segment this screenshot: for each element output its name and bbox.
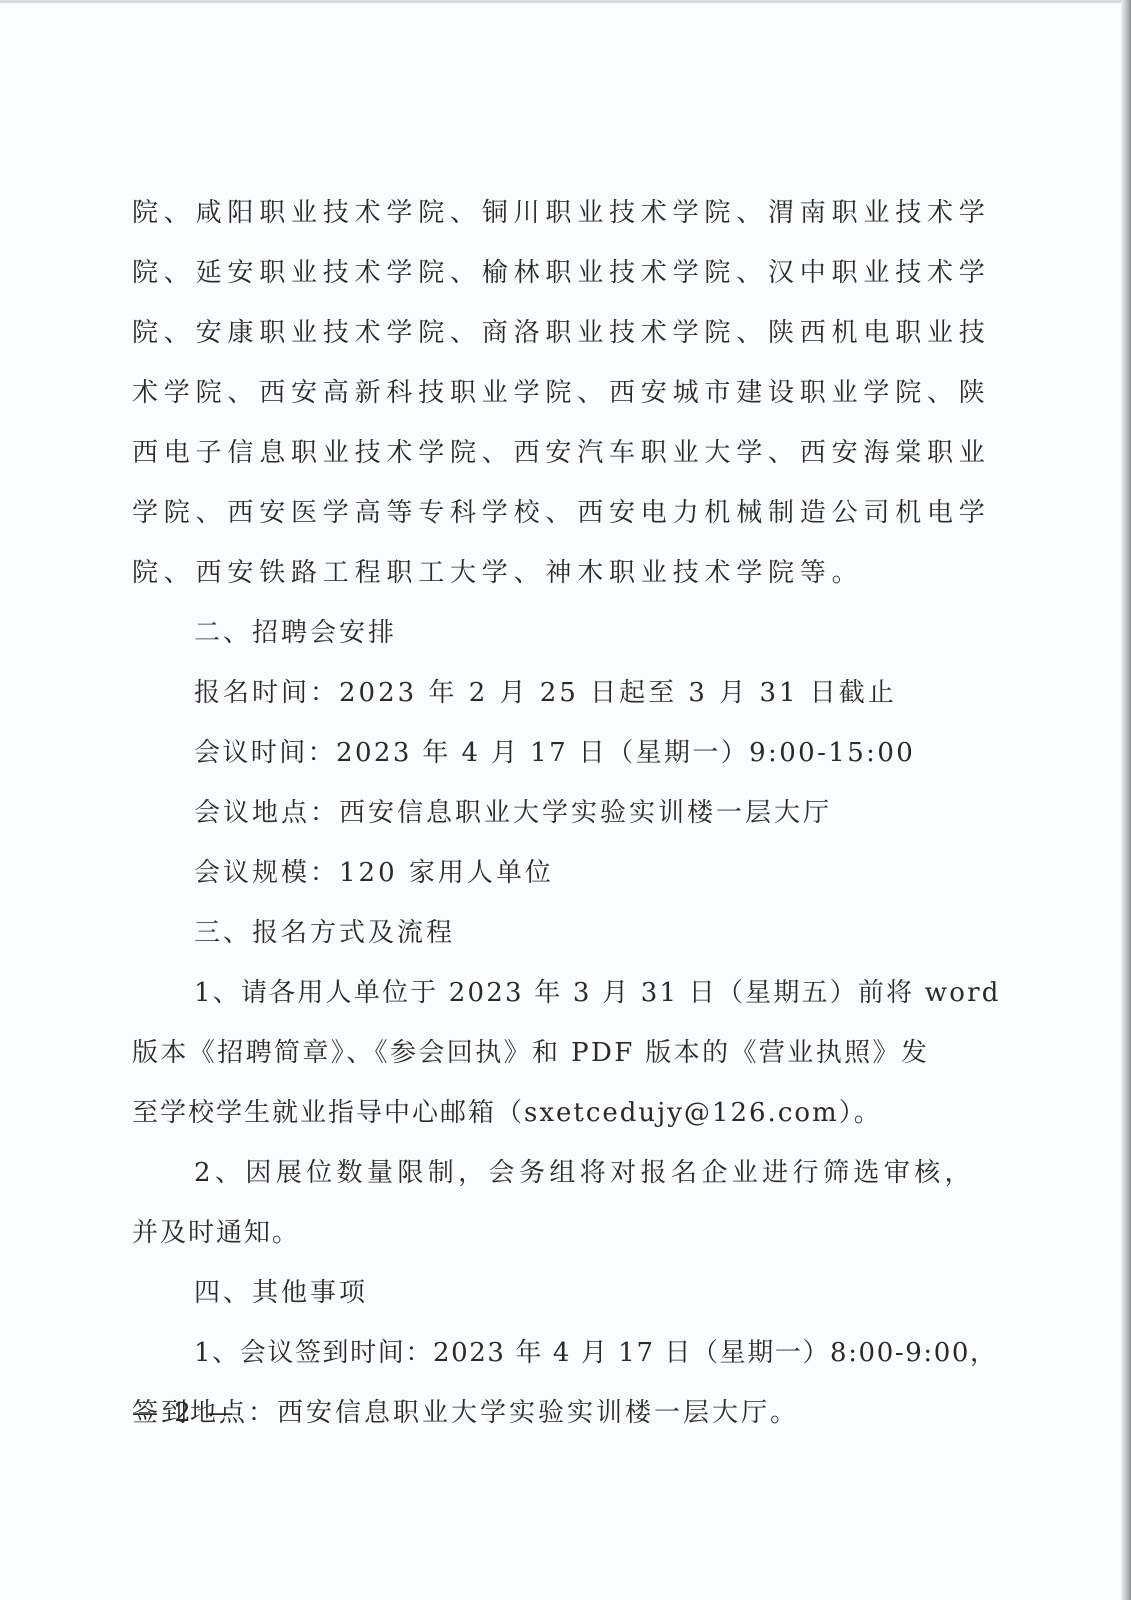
section-3: 三、报名方式及流程 1、请各用人单位于 2023 年 3 月 31 日（星期五）… [132, 916, 982, 1250]
section-heading: 二、招聘会安排 [132, 616, 982, 650]
body-line: 院、西安铁路工程职工大学、神木职业技术学院等。 [132, 556, 982, 590]
section-heading: 三、报名方式及流程 [132, 916, 982, 950]
body-line: 院、咸阳职业技术学院、铜川职业技术学院、渭南职业技术学 [132, 196, 982, 230]
registration-time: 报名时间：2023 年 2 月 25 日起至 3 月 31 日截止 [132, 676, 982, 710]
body-line: 签到地点：西安信息职业大学实验实训楼一层大厅。 [132, 1396, 982, 1430]
section-1-continued: 院、咸阳职业技术学院、铜川职业技术学院、渭南职业技术学 院、延安职业技术学院、榆… [132, 196, 982, 590]
page-right-edge [1121, 0, 1131, 1600]
meeting-time: 会议时间：2023 年 4 月 17 日（星期一）9:00-15:00 [132, 736, 982, 770]
section-heading: 四、其他事项 [132, 1276, 982, 1310]
body-line: 术学院、西安高新科技职业学院、西安城市建设职业学院、陕 [132, 376, 982, 410]
meeting-location: 会议地点：西安信息职业大学实验实训楼一层大厅 [132, 796, 982, 830]
page-number: — 2 — [132, 1396, 237, 1430]
section-2: 二、招聘会安排 报名时间：2023 年 2 月 25 日起至 3 月 31 日截… [132, 616, 982, 890]
body-line: 1、请各用人单位于 2023 年 3 月 31 日（星期五）前将 word [132, 976, 982, 1010]
body-line: 西电子信息职业技术学院、西安汽车职业大学、西安海棠职业 [132, 436, 982, 470]
body-line: 版本《招聘简章》、《参会回执》和 PDF 版本的《营业执照》发 [132, 1036, 982, 1070]
body-line: 学院、西安医学高等专科学校、西安电力机械制造公司机电学 [132, 496, 982, 530]
section-4: 四、其他事项 1、会议签到时间：2023 年 4 月 17 日（星期一）8:00… [132, 1276, 982, 1430]
body-line: 院、延安职业技术学院、榆林职业技术学院、汉中职业技术学 [132, 256, 982, 290]
page-top-edge [0, 0, 1131, 3]
meeting-scale: 会议规模：120 家用人单位 [132, 856, 982, 890]
body-line: 2、因展位数量限制，会务组将对报名企业进行筛选审核， [132, 1156, 982, 1190]
body-line: 院、安康职业技术学院、商洛职业技术学院、陕西机电职业技 [132, 316, 982, 350]
document-body: 院、咸阳职业技术学院、铜川职业技术学院、渭南职业技术学 院、延安职业技术学院、榆… [132, 196, 982, 1456]
body-line: 1、会议签到时间：2023 年 4 月 17 日（星期一）8:00-9:00， [132, 1336, 982, 1370]
body-line: 至学校学生就业指导中心邮箱（sxetcedujy@126.com）。 [132, 1096, 982, 1130]
body-line: 并及时通知。 [132, 1216, 982, 1250]
